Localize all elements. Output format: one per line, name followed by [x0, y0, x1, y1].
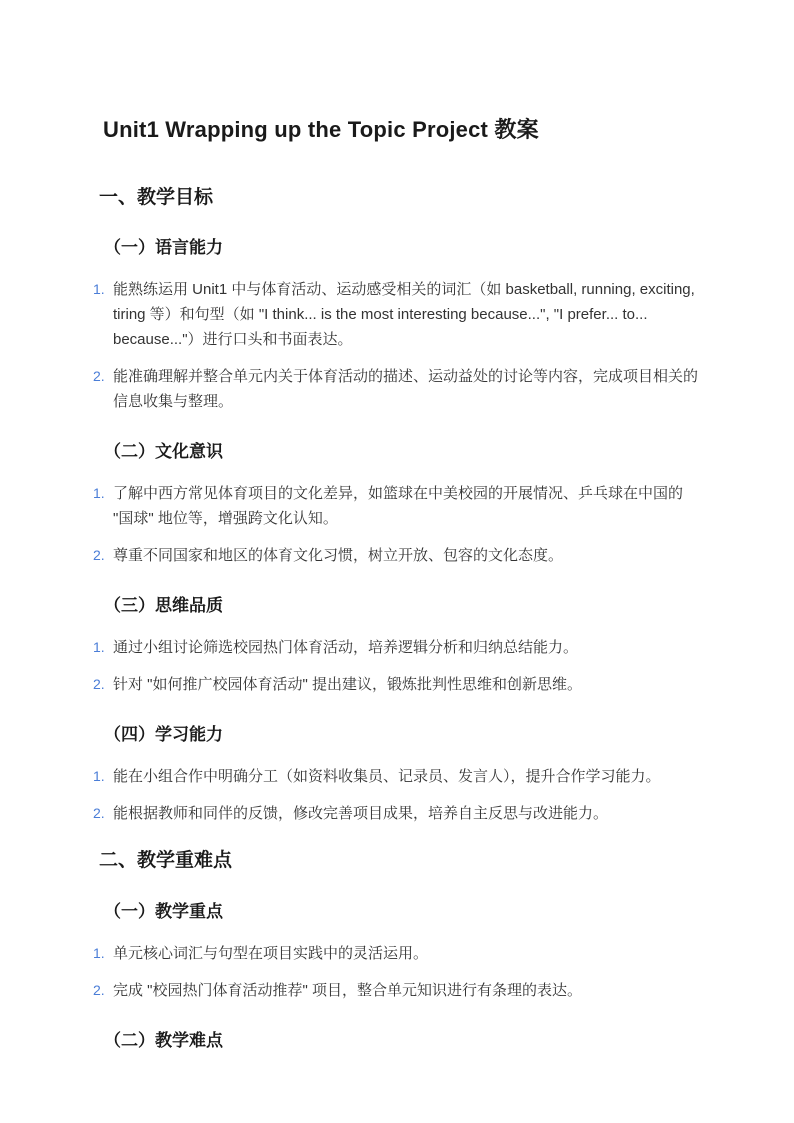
list-item: 1.能熟练运用 Unit1 中与体育活动、运动感受相关的词汇（如 basketb… [93, 277, 699, 352]
list-item-text: 能根据教师和同伴的反馈，修改完善项目成果，培养自主反思与改进能力。 [113, 801, 699, 826]
subsection-heading: （一）语言能力 [104, 237, 699, 260]
subsection-heading: （一）教学重点 [104, 901, 699, 924]
list-item: 1.了解中西方常见体育项目的文化差异，如篮球在中美校园的开展情况、乒乓球在中国的… [93, 481, 699, 531]
list-item-number: 1. [93, 481, 113, 506]
list-item-number: 2. [93, 672, 113, 697]
list-item-number: 1. [93, 764, 113, 789]
numbered-list: 1.通过小组讨论筛选校园热门体育活动，培养逻辑分析和归纳总结能力。2.针对 "如… [93, 635, 699, 697]
list-item-text: 单元核心词汇与句型在项目实践中的灵活运用。 [113, 941, 699, 966]
document-title: Unit1 Wrapping up the Topic Project 教案 [103, 116, 699, 145]
list-item: 2.完成 "校园热门体育活动推荐" 项目，整合单元知识进行有条理的表达。 [93, 978, 699, 1003]
list-item: 2.能根据教师和同伴的反馈，修改完善项目成果，培养自主反思与改进能力。 [93, 801, 699, 826]
list-item-number: 1. [93, 635, 113, 660]
list-item: 2.针对 "如何推广校园体育活动" 提出建议，锻炼批判性思维和创新思维。 [93, 672, 699, 697]
numbered-list: 1.了解中西方常见体育项目的文化差异，如篮球在中美校园的开展情况、乒乓球在中国的… [93, 481, 699, 568]
document-body: 一、教学目标（一）语言能力1.能熟练运用 Unit1 中与体育活动、运动感受相关… [99, 185, 699, 1053]
list-item-number: 2. [93, 801, 113, 826]
list-item-text: 能熟练运用 Unit1 中与体育活动、运动感受相关的词汇（如 basketbal… [113, 277, 699, 352]
section-heading: 一、教学目标 [99, 185, 699, 211]
list-item-number: 2. [93, 543, 113, 568]
list-item-text: 完成 "校园热门体育活动推荐" 项目，整合单元知识进行有条理的表达。 [113, 978, 699, 1003]
list-item-number: 1. [93, 277, 113, 302]
list-item: 1.单元核心词汇与句型在项目实践中的灵活运用。 [93, 941, 699, 966]
list-item-text: 了解中西方常见体育项目的文化差异，如篮球在中美校园的开展情况、乒乓球在中国的 "… [113, 481, 699, 531]
document-page: Unit1 Wrapping up the Topic Project 教案 一… [0, 0, 794, 1123]
list-item-text: 能准确理解并整合单元内关于体育活动的描述、运动益处的讨论等内容，完成项目相关的信… [113, 364, 699, 414]
list-item-text: 通过小组讨论筛选校园热门体育活动，培养逻辑分析和归纳总结能力。 [113, 635, 699, 660]
subsection-heading: （四）学习能力 [104, 724, 699, 747]
subsection-heading: （二）教学难点 [104, 1030, 699, 1053]
subsection-heading: （三）思维品质 [104, 595, 699, 618]
list-item: 2.尊重不同国家和地区的体育文化习惯，树立开放、包容的文化态度。 [93, 543, 699, 568]
list-item-number: 2. [93, 978, 113, 1003]
subsection-heading: （二）文化意识 [104, 441, 699, 464]
numbered-list: 1.能熟练运用 Unit1 中与体育活动、运动感受相关的词汇（如 basketb… [93, 277, 699, 414]
list-item-text: 能在小组合作中明确分工（如资料收集员、记录员、发言人），提升合作学习能力。 [113, 764, 699, 789]
list-item: 1.能在小组合作中明确分工（如资料收集员、记录员、发言人），提升合作学习能力。 [93, 764, 699, 789]
list-item: 1.通过小组讨论筛选校园热门体育活动，培养逻辑分析和归纳总结能力。 [93, 635, 699, 660]
list-item-text: 针对 "如何推广校园体育活动" 提出建议，锻炼批判性思维和创新思维。 [113, 672, 699, 697]
list-item-number: 1. [93, 941, 113, 966]
list-item-number: 2. [93, 364, 113, 389]
section-heading: 二、教学重难点 [99, 848, 699, 874]
numbered-list: 1.能在小组合作中明确分工（如资料收集员、记录员、发言人），提升合作学习能力。2… [93, 764, 699, 826]
numbered-list: 1.单元核心词汇与句型在项目实践中的灵活运用。2.完成 "校园热门体育活动推荐"… [93, 941, 699, 1003]
list-item-text: 尊重不同国家和地区的体育文化习惯，树立开放、包容的文化态度。 [113, 543, 699, 568]
list-item: 2.能准确理解并整合单元内关于体育活动的描述、运动益处的讨论等内容，完成项目相关… [93, 364, 699, 414]
